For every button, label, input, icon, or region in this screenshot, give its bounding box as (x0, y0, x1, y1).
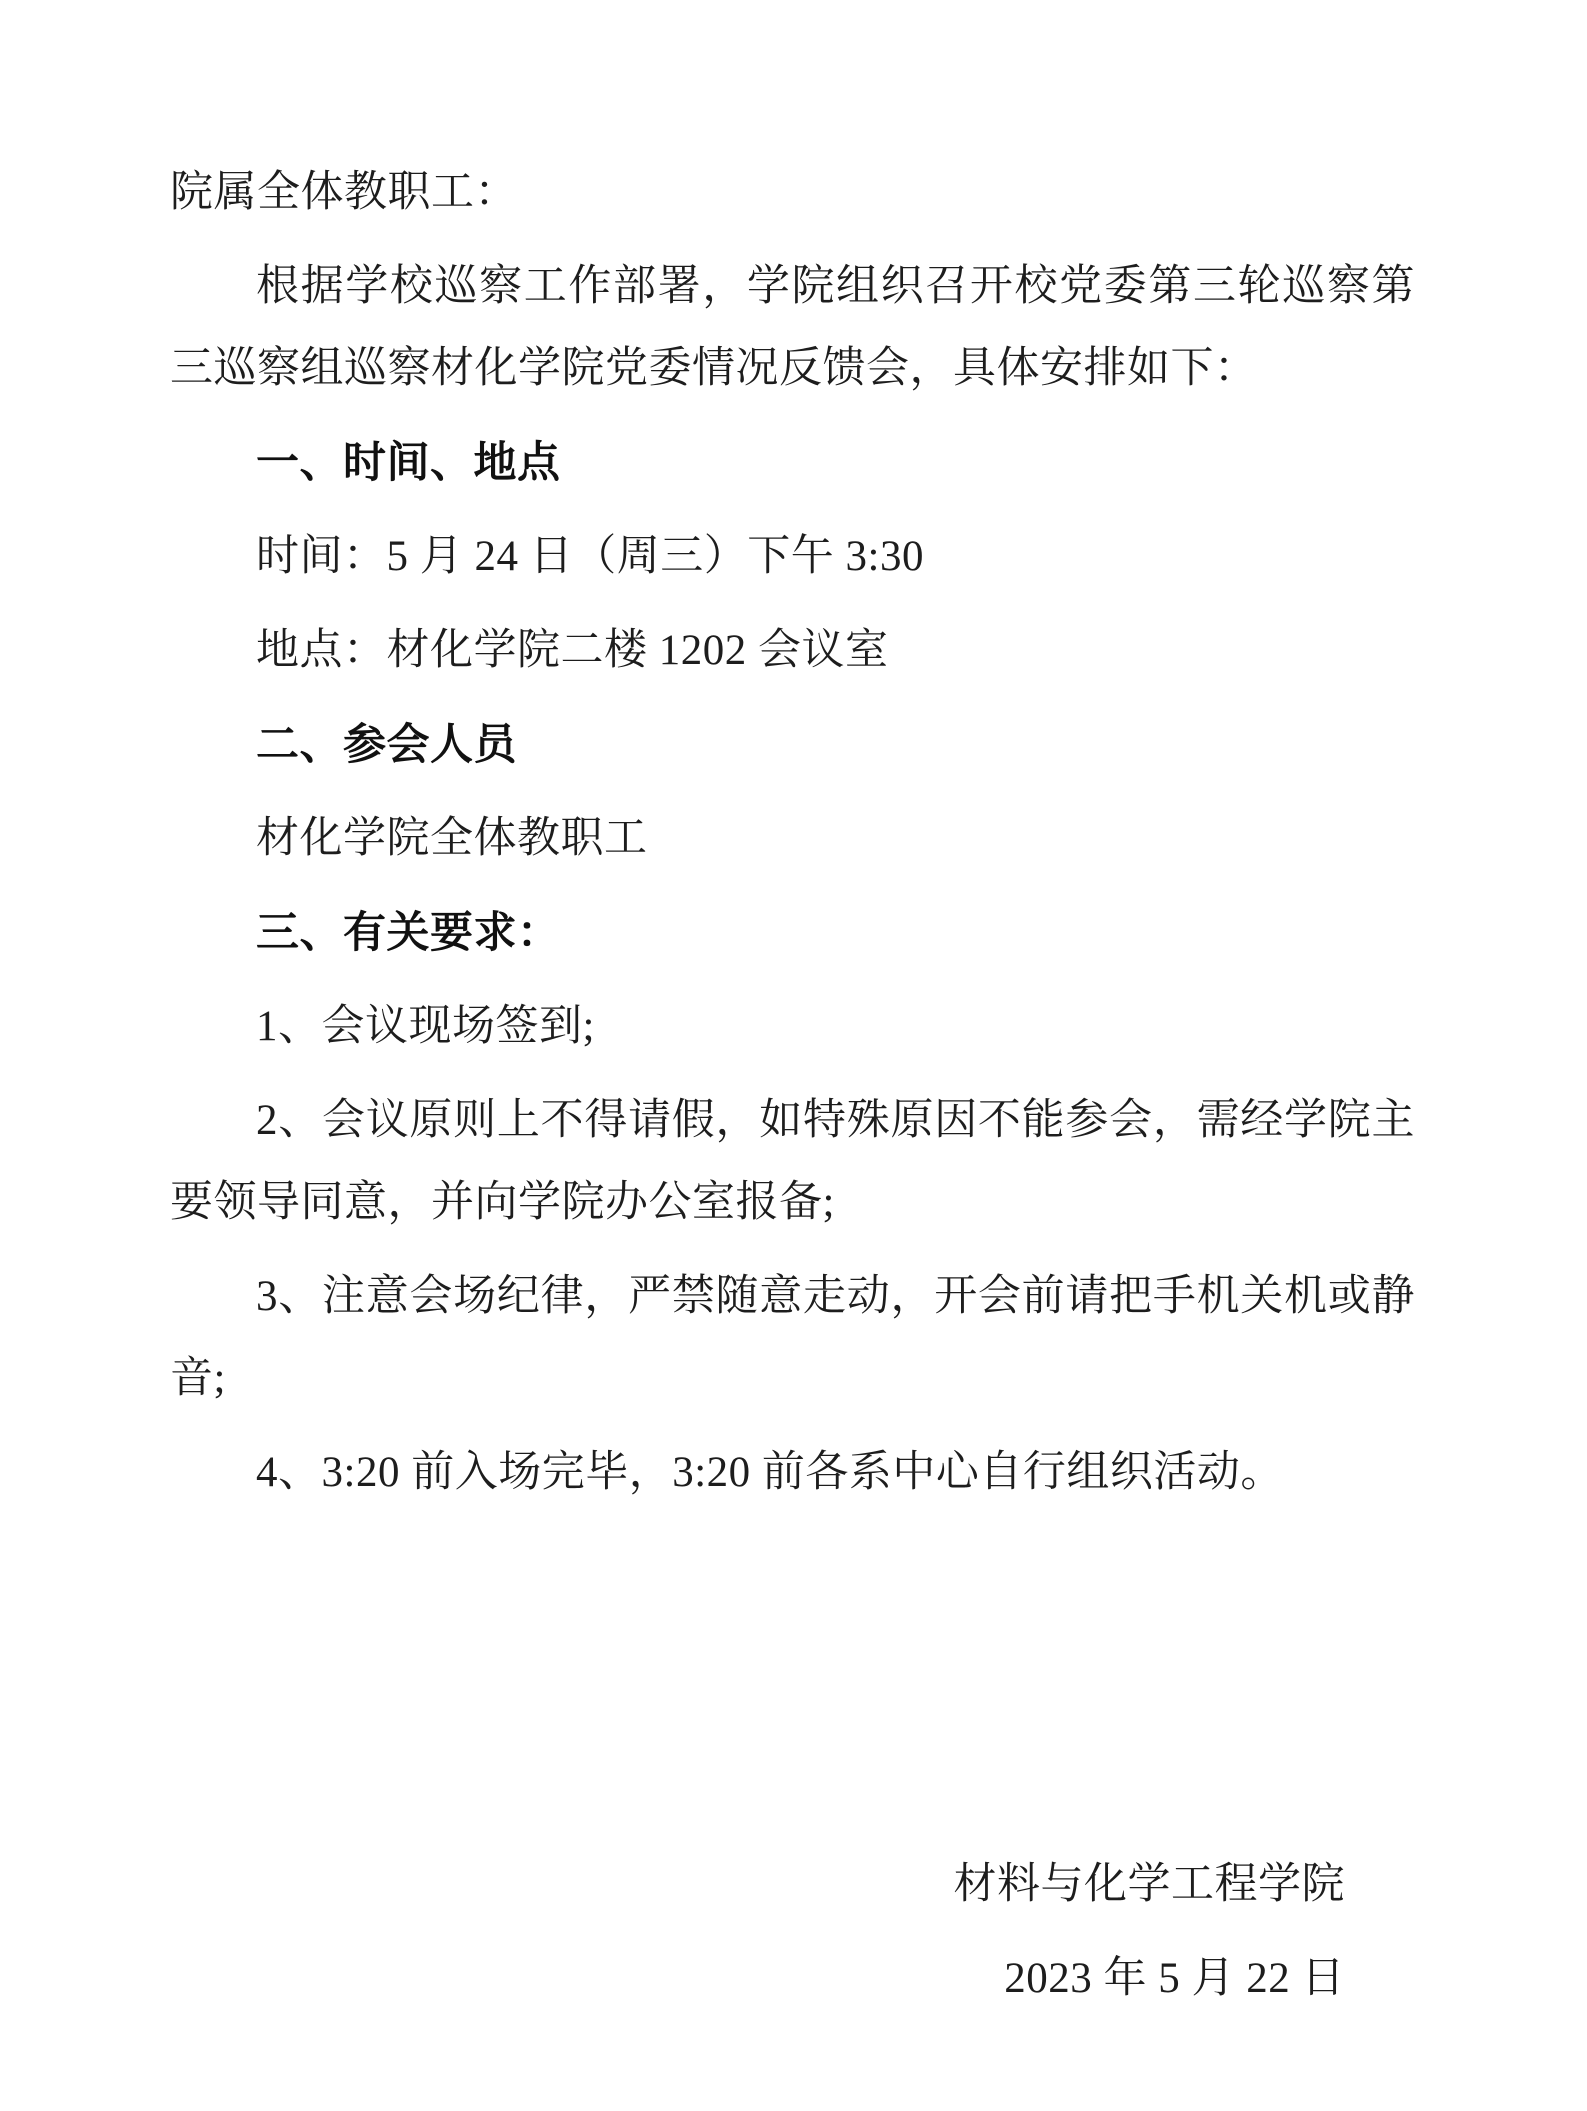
requirement-item-1: 1、会议现场签到; (170, 986, 1415, 1068)
signature-org: 材料与化学工程学院 (170, 1844, 1415, 1926)
salutation: 院属全体教职工： (170, 152, 1415, 234)
participants-line: 材化学院全体教职工 (170, 798, 1415, 880)
meeting-place-line: 地点：材化学院二楼 1202 会议室 (170, 610, 1415, 692)
signature-date: 2023 年 5 月 22 日 (170, 1938, 1415, 2020)
intro-paragraph: 根据学校巡察工作部署，学院组织召开校党委第三轮巡察第三巡察组巡察材化学院党委情况… (170, 246, 1415, 410)
section-heading-participants: 二、参会人员 (170, 704, 1415, 786)
section-heading-requirements: 三、有关要求： (170, 892, 1415, 974)
requirement-item-4: 4、3:20 前入场完毕，3:20 前各系中心自行组织活动。 (170, 1432, 1415, 1514)
requirement-item-3: 3、注意会场纪律，严禁随意走动，开会前请把手机关机或静音; (170, 1256, 1415, 1420)
meeting-time-line: 时间：5 月 24 日（周三）下午 3:30 (170, 516, 1415, 598)
closing-block: 材料与化学工程学院 2023 年 5 月 22 日 (170, 1844, 1415, 2020)
requirement-item-2: 2、会议原则上不得请假，如特殊原因不能参会，需经学院主要领导同意，并向学院办公室… (170, 1080, 1415, 1244)
notice-document-page: 院属全体教职工： 根据学校巡察工作部署，学院组织召开校党委第三轮巡察第三巡察组巡… (0, 0, 1587, 2111)
section-heading-time-place: 一、时间、地点 (170, 422, 1415, 504)
